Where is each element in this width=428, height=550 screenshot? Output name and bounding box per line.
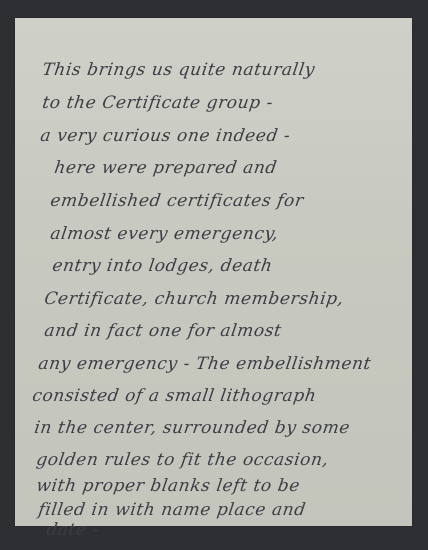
text-line: in the center, surrounded by some (33, 418, 351, 438)
handwritten-text: This brings us quite naturally to the Ce… (15, 18, 412, 526)
text-line: Certificate, church membership, (43, 289, 345, 309)
text-line: almost every emergency, (49, 224, 280, 244)
text-line: consisted of a small lithograph (31, 386, 318, 406)
text-line: with proper blanks left to be (35, 476, 301, 496)
letter-page: This brings us quite naturally to the Ce… (15, 18, 412, 526)
text-line: golden rules to fit the occasion, (35, 450, 330, 470)
text-line: here were prepared and (53, 158, 278, 178)
text-line: entry into lodges, death (51, 256, 274, 276)
text-line: date - (45, 520, 100, 540)
text-line: filled in with name place and (37, 500, 307, 520)
text-line: any emergency - The embellishment (37, 354, 372, 374)
text-line: This brings us quite naturally (41, 60, 316, 80)
text-line: and in fact one for almost (43, 321, 283, 341)
text-line: embellished certificates for (49, 191, 305, 211)
text-line: a very curious one indeed - (39, 126, 292, 146)
text-line: to the Certificate group - (41, 93, 274, 113)
